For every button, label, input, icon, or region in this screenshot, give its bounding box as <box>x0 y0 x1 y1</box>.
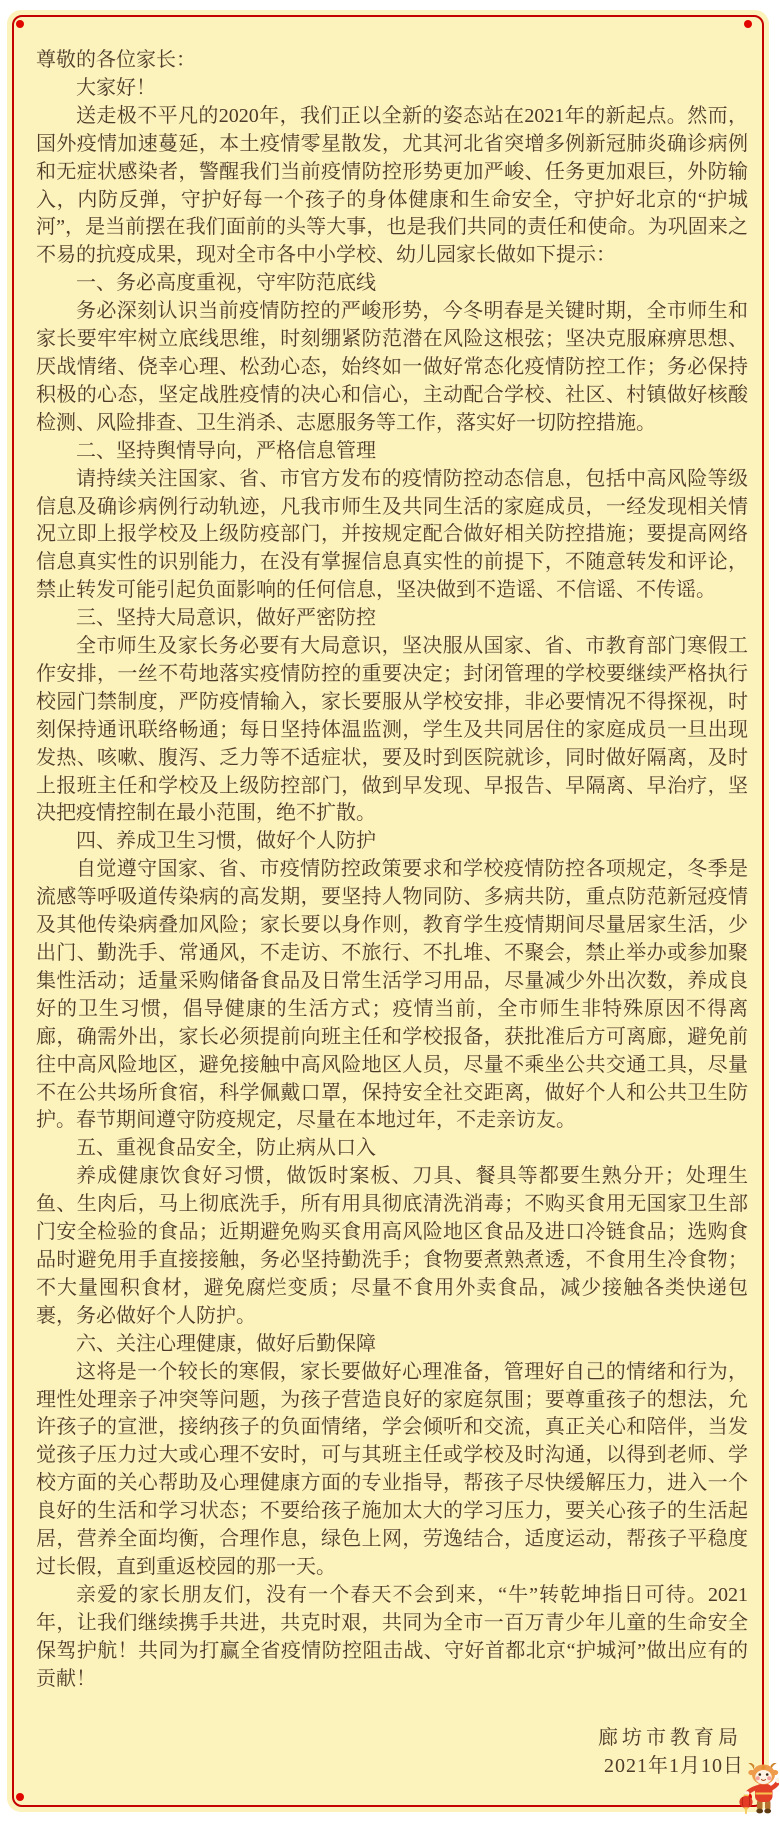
section-2-heading: 二、坚持舆情导向，严格信息管理 <box>36 438 748 466</box>
section-4-heading: 四、养成卫生习惯，做好个人防护 <box>36 828 748 856</box>
salutation: 尊敬的各位家长： <box>36 47 748 75</box>
section-3-body: 全市师生及家长务必要有大局意识，坚决服从国家、省、市教育部门寒假工作安排，一丝不… <box>36 633 748 828</box>
section-6-heading: 六、关注心理健康，做好后勤保障 <box>36 1331 748 1359</box>
section-1-body: 务必深刻认识当前疫情防控的严峻形势，今冬明春是关键时期，全市师生和家长要牢牢树立… <box>36 298 748 438</box>
section-1-heading: 一、务必高度重视，守牢防范底线 <box>36 270 748 298</box>
corner-dot-top-right <box>744 20 752 28</box>
letter-page: 尊敬的各位家长： 大家好！ 送走极不平凡的2020年，我们正以全新的姿态站在20… <box>0 0 780 1825</box>
corner-dot-bottom-left <box>16 1793 24 1801</box>
greeting: 大家好！ <box>36 75 748 103</box>
intro-paragraph: 送走极不平凡的2020年，我们正以全新的姿态站在2021年的新起点。然而，国外疫… <box>36 103 748 270</box>
ox-mascot-icon <box>737 1762 779 1815</box>
section-5-heading: 五、重视食品安全，防止病从口入 <box>36 1135 748 1163</box>
section-6-body: 这将是一个较长的寒假，家长要做好心理准备，管理好自己的情绪和行为，理性处理亲子冲… <box>36 1359 748 1582</box>
signature: 廊坊市教育局 <box>36 1725 748 1753</box>
section-5-body: 养成健康饮食好习惯，做饭时案板、刀具、餐具等都要生熟分开；处理生鱼、生肉后，马上… <box>36 1163 748 1330</box>
corner-dot-top-left <box>16 20 24 28</box>
section-3-heading: 三、坚持大局意识，做好严密防控 <box>36 605 748 633</box>
letter-content: 尊敬的各位家长： 大家好！ 送走极不平凡的2020年，我们正以全新的姿态站在20… <box>36 47 748 1781</box>
section-4-body: 自觉遵守国家、省、市疫情防控政策要求和学校疫情防控各项规定，冬季是流感等呼吸道传… <box>36 856 748 1135</box>
date: 2021年1月10日 <box>36 1753 748 1781</box>
closing-paragraph: 亲爱的家长朋友们，没有一个春天不会到来，“牛”转乾坤指日可待。2021年，让我们… <box>36 1582 748 1694</box>
section-2-body: 请持续关注国家、省、市官方发布的疫情防控动态信息，包括中高风险等级信息及确诊病例… <box>36 466 748 606</box>
